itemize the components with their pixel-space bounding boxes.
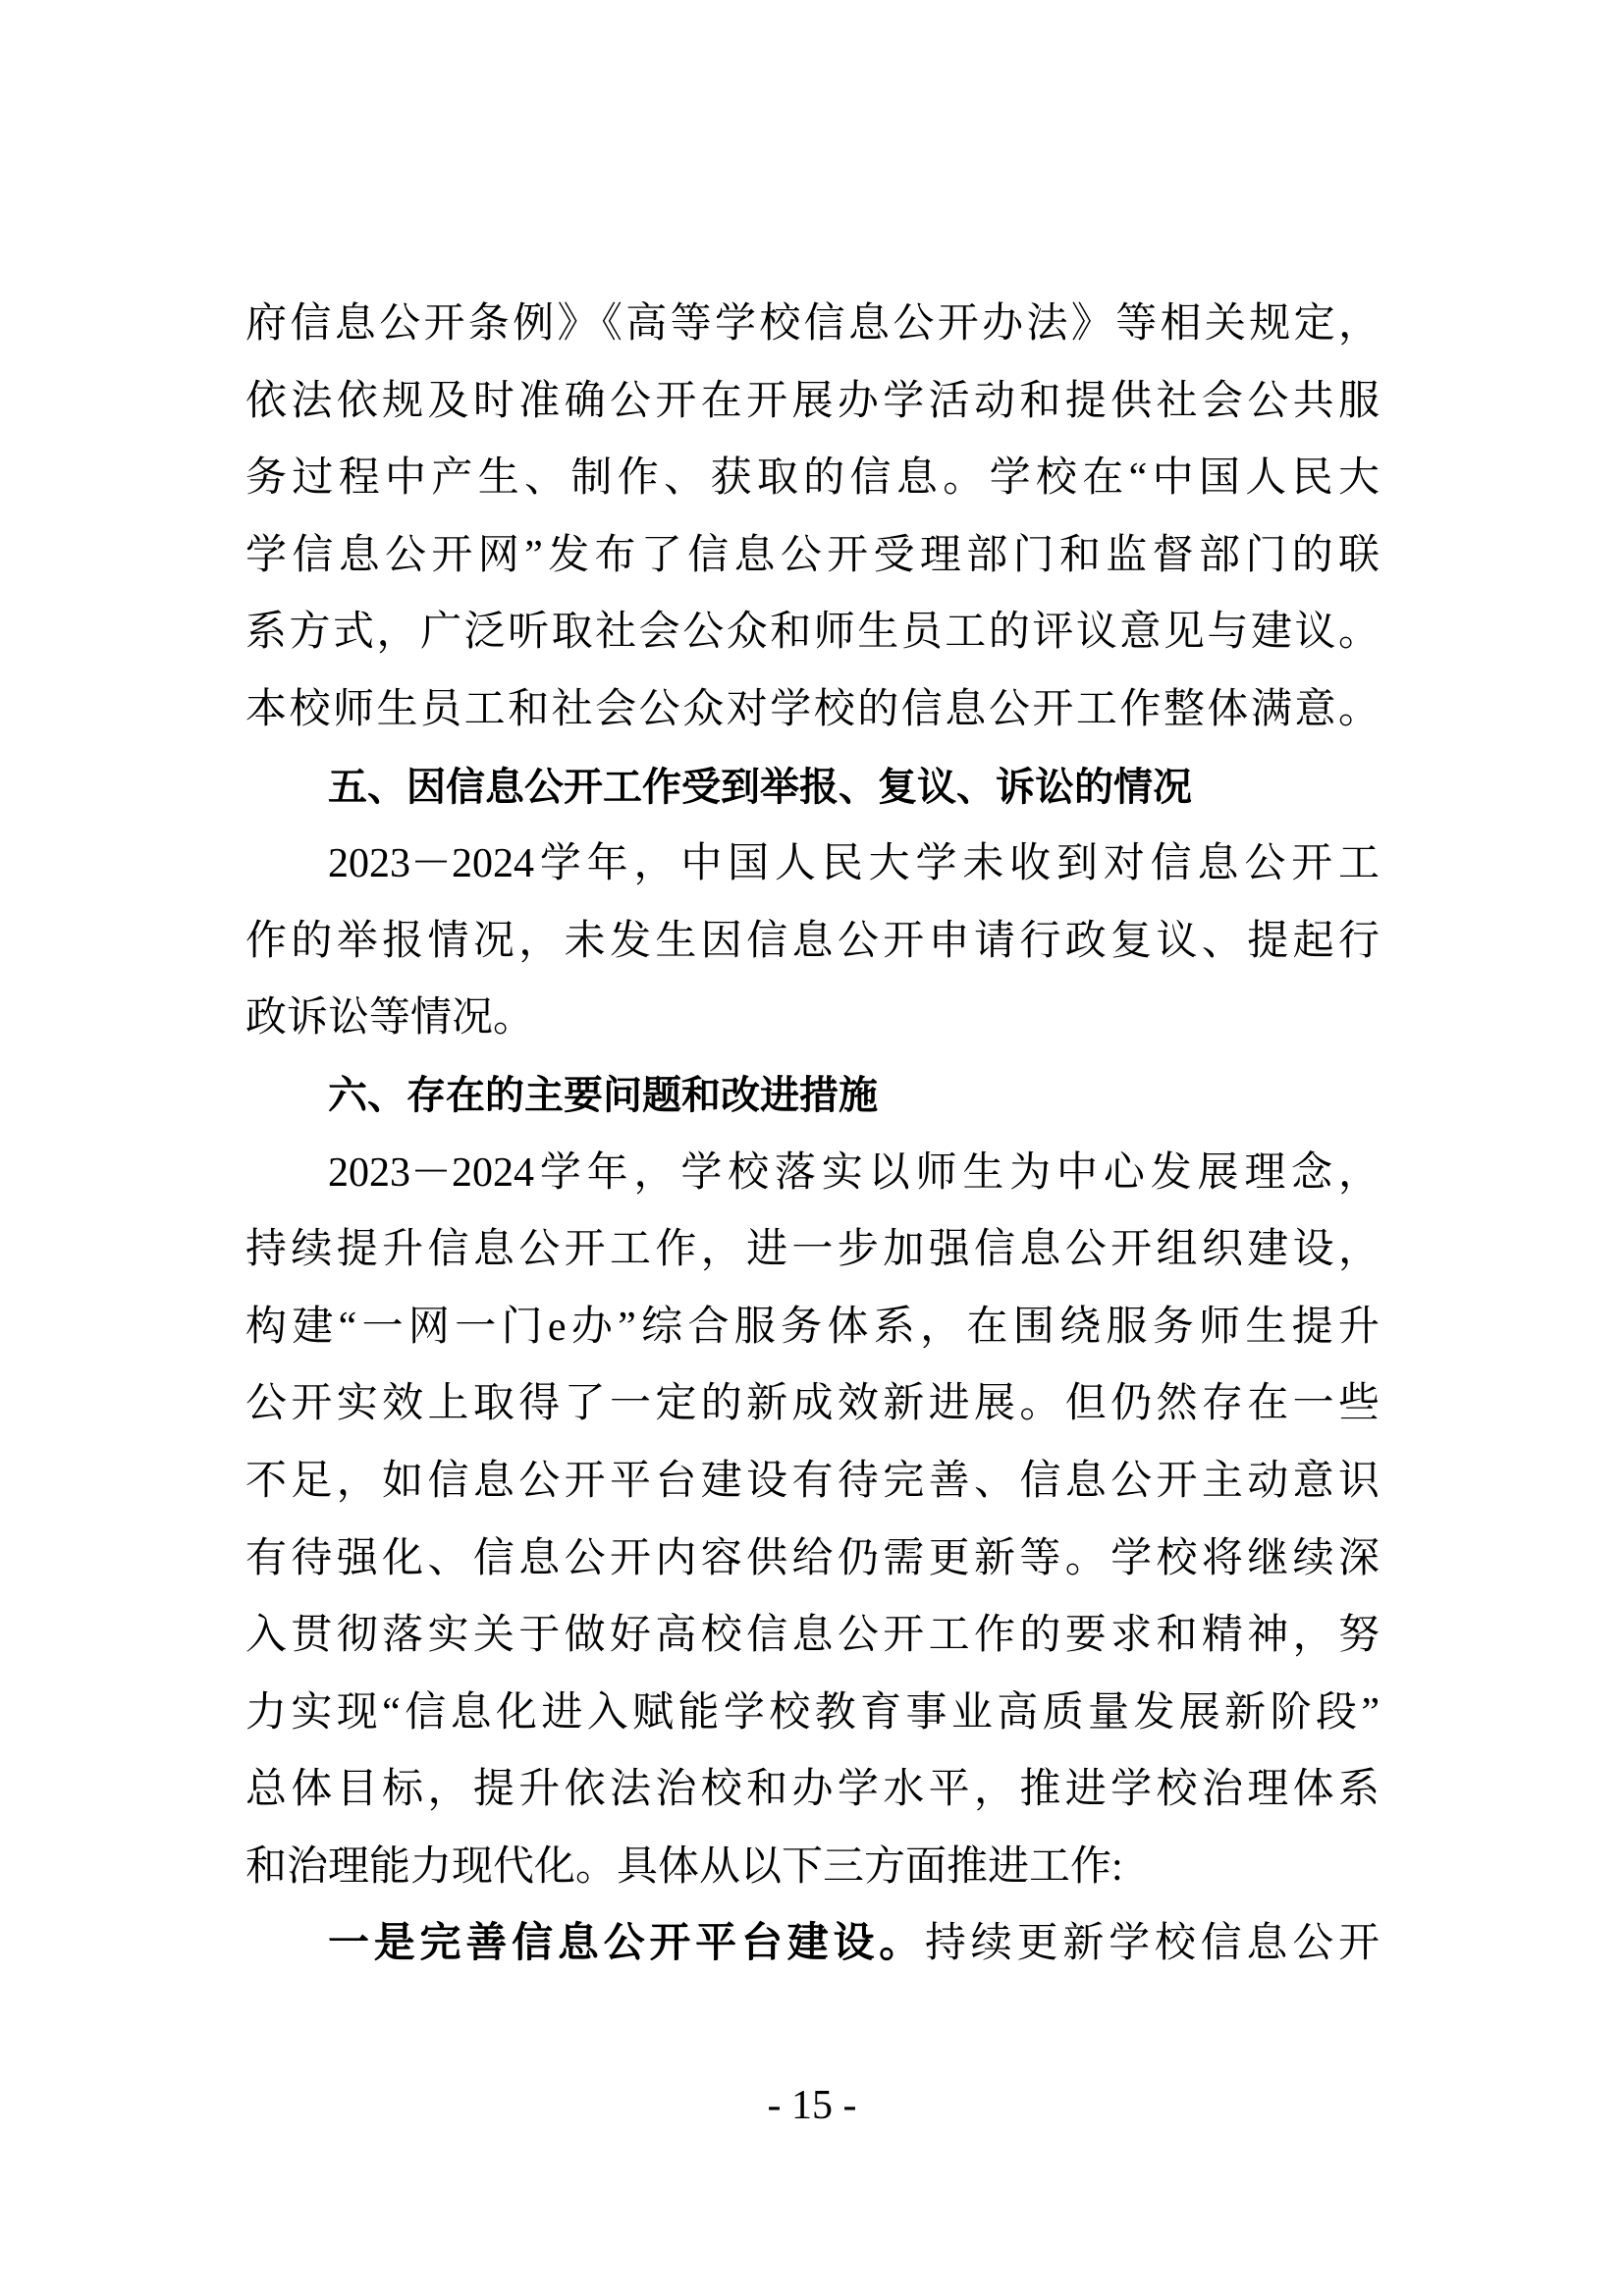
paragraph-rest: 持续更新学校信息公开 — [925, 1921, 1380, 1966]
text-line: 2023－2024学年，中国人民大学未收到对信息公开工 — [245, 826, 1380, 903]
text-line: 一是完善信息公开平台建设。持续更新学校信息公开 — [245, 1905, 1380, 1983]
text-line: 务过程中产生、制作、获取的信息。学校在“中国人民大 — [245, 440, 1380, 517]
document-page: 府信息公开条例》《高等学校信息公开办法》等相关规定， 依法依规及时准确公开在开展… — [0, 0, 1624, 2296]
text-line: 公开实效上取得了一定的新成效新进展。但仍然存在一些 — [245, 1365, 1380, 1443]
text-line: 府信息公开条例》《高等学校信息公开办法》等相关规定， — [245, 286, 1380, 363]
text-line: 总体目标，提升依法治校和办学水平，推进学校治理体系 — [245, 1751, 1380, 1829]
text-line: 依法依规及时准确公开在开展办学活动和提供社会公共服 — [245, 363, 1380, 441]
text-line: 不足，如信息公开平台建设有待完善、信息公开主动意识 — [245, 1443, 1380, 1521]
text-line: 力实现“信息化进入赋能学校教育事业高质量发展新阶段” — [245, 1675, 1380, 1752]
text-line: 有待强化、信息公开内容供给仍需更新等。学校将继续深 — [245, 1521, 1380, 1598]
text-line: 学信息公开网”发布了信息公开受理部门和监督部门的联 — [245, 517, 1380, 595]
text-line: 入贯彻落实关于做好高校信息公开工作的要求和精神，努 — [245, 1597, 1380, 1675]
paragraph-lead: 一是完善信息公开平台建设。 — [328, 1921, 925, 1966]
text-line: 2023－2024学年，学校落实以师生为中心发展理念， — [245, 1135, 1380, 1212]
section-heading-5: 五、因信息公开工作受到举报、复议、诉讼的情况 — [245, 749, 1380, 827]
text-line: 和治理能力现代化。具体从以下三方面推进工作: — [245, 1829, 1380, 1906]
text-line: 政诉讼等情况。 — [245, 980, 1380, 1057]
text-line: 构建“一网一门e办”综合服务体系，在围绕服务师生提升 — [245, 1289, 1380, 1366]
text-line: 持续提升信息公开工作，进一步加强信息公开组织建设， — [245, 1211, 1380, 1289]
section-heading-6: 六、存在的主要问题和改进措施 — [245, 1057, 1380, 1135]
text-line: 本校师生员工和社会公众对学校的信息公开工作整体满意。 — [245, 671, 1380, 749]
text-line: 系方式，广泛听取社会公众和师生员工的评议意见与建议。 — [245, 594, 1380, 671]
page-number: - 15 - — [0, 2073, 1624, 2138]
text-line: 作的举报情况，未发生因信息公开申请行政复议、提起行 — [245, 903, 1380, 981]
document-body: 府信息公开条例》《高等学校信息公开办法》等相关规定， 依法依规及时准确公开在开展… — [245, 286, 1380, 1983]
